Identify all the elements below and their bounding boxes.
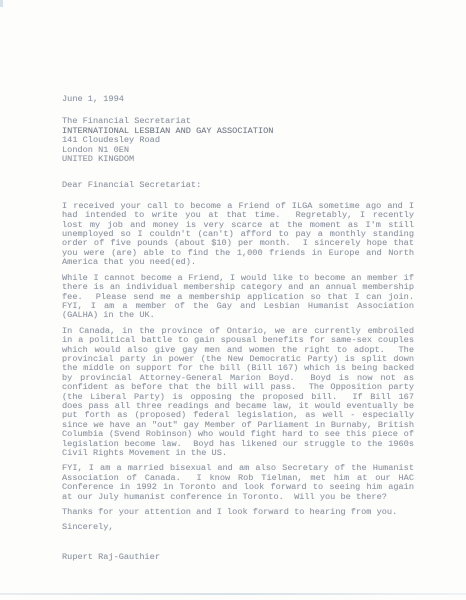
scan-corner-artifact (0, 0, 3, 7)
recipient-address-block: The Financial Secretariat INTERNATIONAL … (62, 117, 414, 164)
letter-page: June 1, 1994 The Financial Secretariat I… (0, 0, 466, 600)
salutation: Dear Financial Secretariat: (62, 181, 414, 190)
signoff: Sincerely, (62, 523, 414, 532)
letter-body: June 1, 1994 The Financial Secretariat I… (62, 95, 414, 562)
paragraph-thanks: Thanks for your attention and I look for… (62, 508, 414, 517)
letter-date: June 1, 1994 (62, 95, 414, 104)
paper-bottom-edge (0, 593, 466, 595)
paragraph-membership-request: While I cannot become a Friend, I would … (62, 274, 414, 321)
signature-name: Rupert Raj-Gauthier (62, 553, 414, 562)
recipient-country: UNITED KINGDOM (62, 155, 414, 164)
paragraph-ontario-bill-167: In Canada, in the province of Ontario, w… (62, 327, 414, 459)
paragraph-friend-of-ilga: I received your call to become a Friend … (62, 202, 414, 268)
paragraph-personal-background: FYI, I am a married bisexual and am also… (62, 464, 414, 502)
